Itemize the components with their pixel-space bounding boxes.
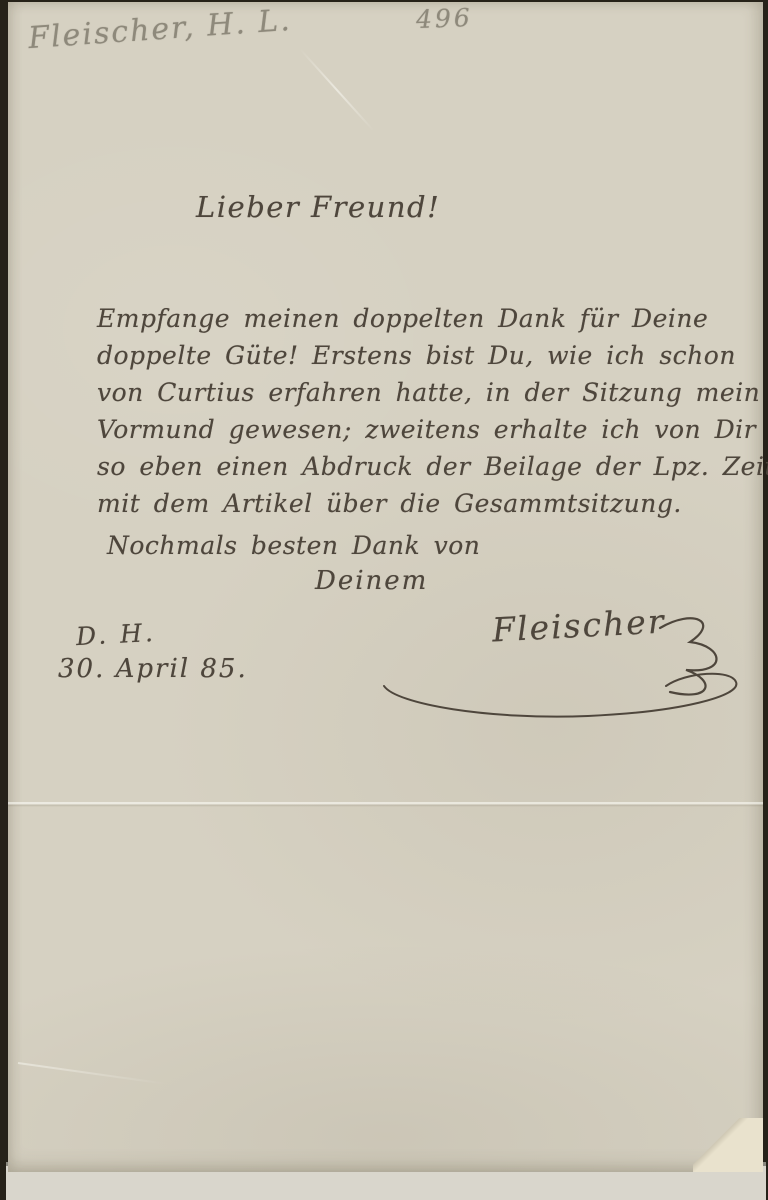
body-line: mit dem Artikel über die Gesammtsitzung. — [97, 485, 768, 522]
fold-crease-horizontal — [8, 802, 763, 807]
letter-scan: Fleischer, H. L. 496 Lieber Freund! Empf… — [0, 0, 768, 1200]
date-line: 30. April 85. — [58, 654, 248, 684]
body-line: so eben einen Abdruck der Beilage der Lp… — [97, 448, 768, 485]
page-number: 496 — [416, 3, 474, 34]
body-line: Empfange meinen doppelten Dank für Deine — [97, 300, 768, 337]
body-line: Vormund gewesen; zweitens erhalte ich vo… — [97, 411, 768, 448]
body-line: doppelte Güte! Erstens bist Du, wie ich … — [97, 337, 768, 374]
letter-body: Empfange meinen doppelten Dank für Deine… — [97, 300, 768, 564]
salutation: Lieber Freund! — [196, 190, 440, 224]
closing-thanks-line: Nochmals besten Dank von — [107, 527, 768, 564]
body-line: von Curtius erfahren hatte, in der Sitzu… — [97, 374, 768, 411]
signature-flourish — [368, 596, 768, 736]
place-abbreviation: D. H. — [75, 618, 156, 651]
valediction: Deinem — [315, 566, 428, 596]
corner-fold — [693, 1118, 763, 1172]
